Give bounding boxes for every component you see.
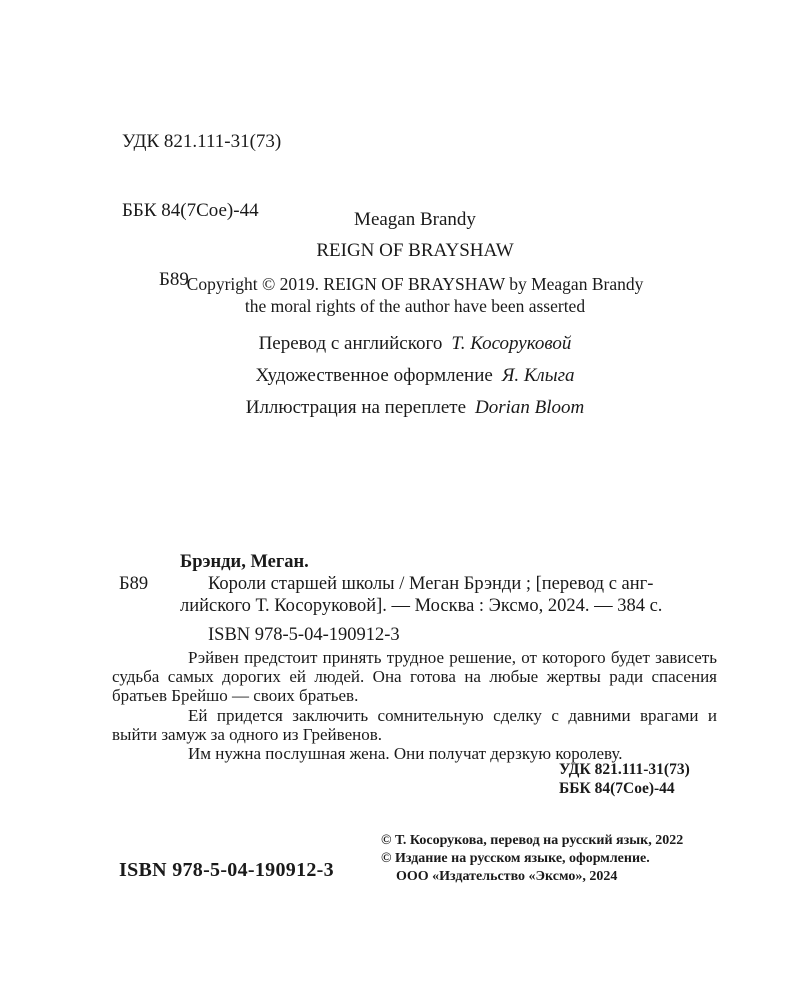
credit-illustrator-label: Иллюстрация на переплете (246, 397, 466, 418)
credit-illustrator-name: Dorian Bloom (475, 397, 584, 418)
copyright-notice: Copyright © 2019. REIGN OF BRAYSHAW by M… (112, 273, 718, 317)
annotation-paragraph-1: Рэйвен предстоит принять трудное решение… (112, 648, 717, 706)
credit-illustrator: Иллюстрация на переплетеDorian Bloom (112, 397, 718, 419)
isbn-bottom: ISBN 978-5-04-190912-3 (119, 859, 334, 882)
credit-translator-name: Т. Косоруковой (451, 333, 571, 354)
catalog-entry-line-2: лийского Т. Косоруковой]. — Москва : Экс… (180, 595, 717, 617)
catalog-author-sign: Б89 (119, 573, 148, 595)
catalog-isbn: ISBN 978-5-04-190912-3 (180, 624, 717, 646)
credit-designer-name: Я. Клыга (502, 365, 575, 386)
catalog-entry-line-1: Короли старшей школы / Меган Брэнди ; [п… (180, 573, 717, 595)
publisher-copyright: ООО «Издательство «Эксмо», 2024 (381, 868, 721, 886)
classification-codes-bottom: УДК 821.111-31(73) ББК 84(7Сое)-44 (559, 760, 717, 798)
original-title-block: Meagan Brandy REIGN OF BRAYSHAW Copyrigh… (112, 209, 718, 317)
translation-copyright: © Т. Косорукова, перевод на русский язык… (381, 832, 721, 850)
credit-designer-label: Художественное оформление (255, 365, 492, 386)
copyright-page: УДК 821.111-31(73) ББК 84(7Сое)-44 Б89 M… (0, 0, 800, 1000)
original-author: Meagan Brandy (112, 209, 718, 231)
bbk-code-bottom: ББК 84(7Сое)-44 (559, 779, 717, 798)
credit-designer: Художественное оформлениеЯ. Клыга (112, 365, 718, 387)
udk-code-bottom: УДК 821.111-31(73) (559, 760, 717, 779)
catalog-card: Б89 Брэнди, Меган. Короли старшей школы … (180, 551, 717, 646)
credits-block: Перевод с английскогоТ. Косоруковой Худо… (112, 333, 718, 429)
annotation-block: Рэйвен предстоит принять трудное решение… (112, 648, 717, 763)
annotation-paragraph-2: Ей придется заключить сомнительную сделк… (112, 706, 717, 744)
udk-code: УДК 821.111-31(73) (122, 130, 281, 153)
copyright-line-1: Copyright © 2019. REIGN OF BRAYSHAW by M… (112, 273, 718, 295)
edition-copyright: © Издание на русском языке, оформление. (381, 850, 721, 868)
catalog-author-heading: Брэнди, Меган. (180, 551, 717, 573)
publication-copyrights: © Т. Косорукова, перевод на русский язык… (381, 832, 721, 886)
copyright-line-2: the moral rights of the author have been… (112, 295, 718, 317)
credit-translator: Перевод с английскогоТ. Косоруковой (112, 333, 718, 355)
credit-translator-label: Перевод с английского (259, 333, 443, 354)
original-title: REIGN OF BRAYSHAW (112, 240, 718, 262)
